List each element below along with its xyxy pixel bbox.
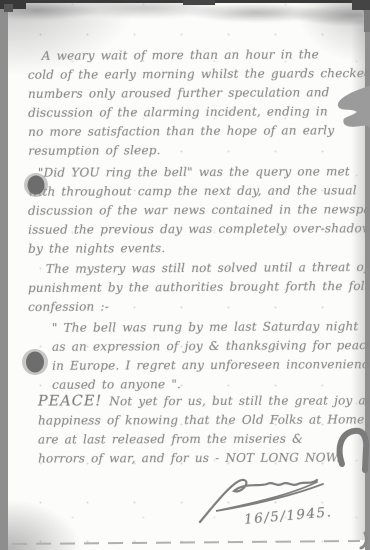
clip-hook-mark xyxy=(340,431,367,470)
scan-artifacts-overlay xyxy=(0,0,370,550)
ink-blot-left-lower xyxy=(22,349,48,375)
right-edge-smudge xyxy=(338,86,370,128)
bottom-right-curl xyxy=(361,533,366,548)
page-bottom-edge xyxy=(12,541,360,544)
scanned-document-page: A weary wait of more than an hour in the… xyxy=(0,0,370,550)
ink-blot-left-upper xyxy=(24,173,48,197)
torn-top-edge-shadow xyxy=(0,0,370,32)
